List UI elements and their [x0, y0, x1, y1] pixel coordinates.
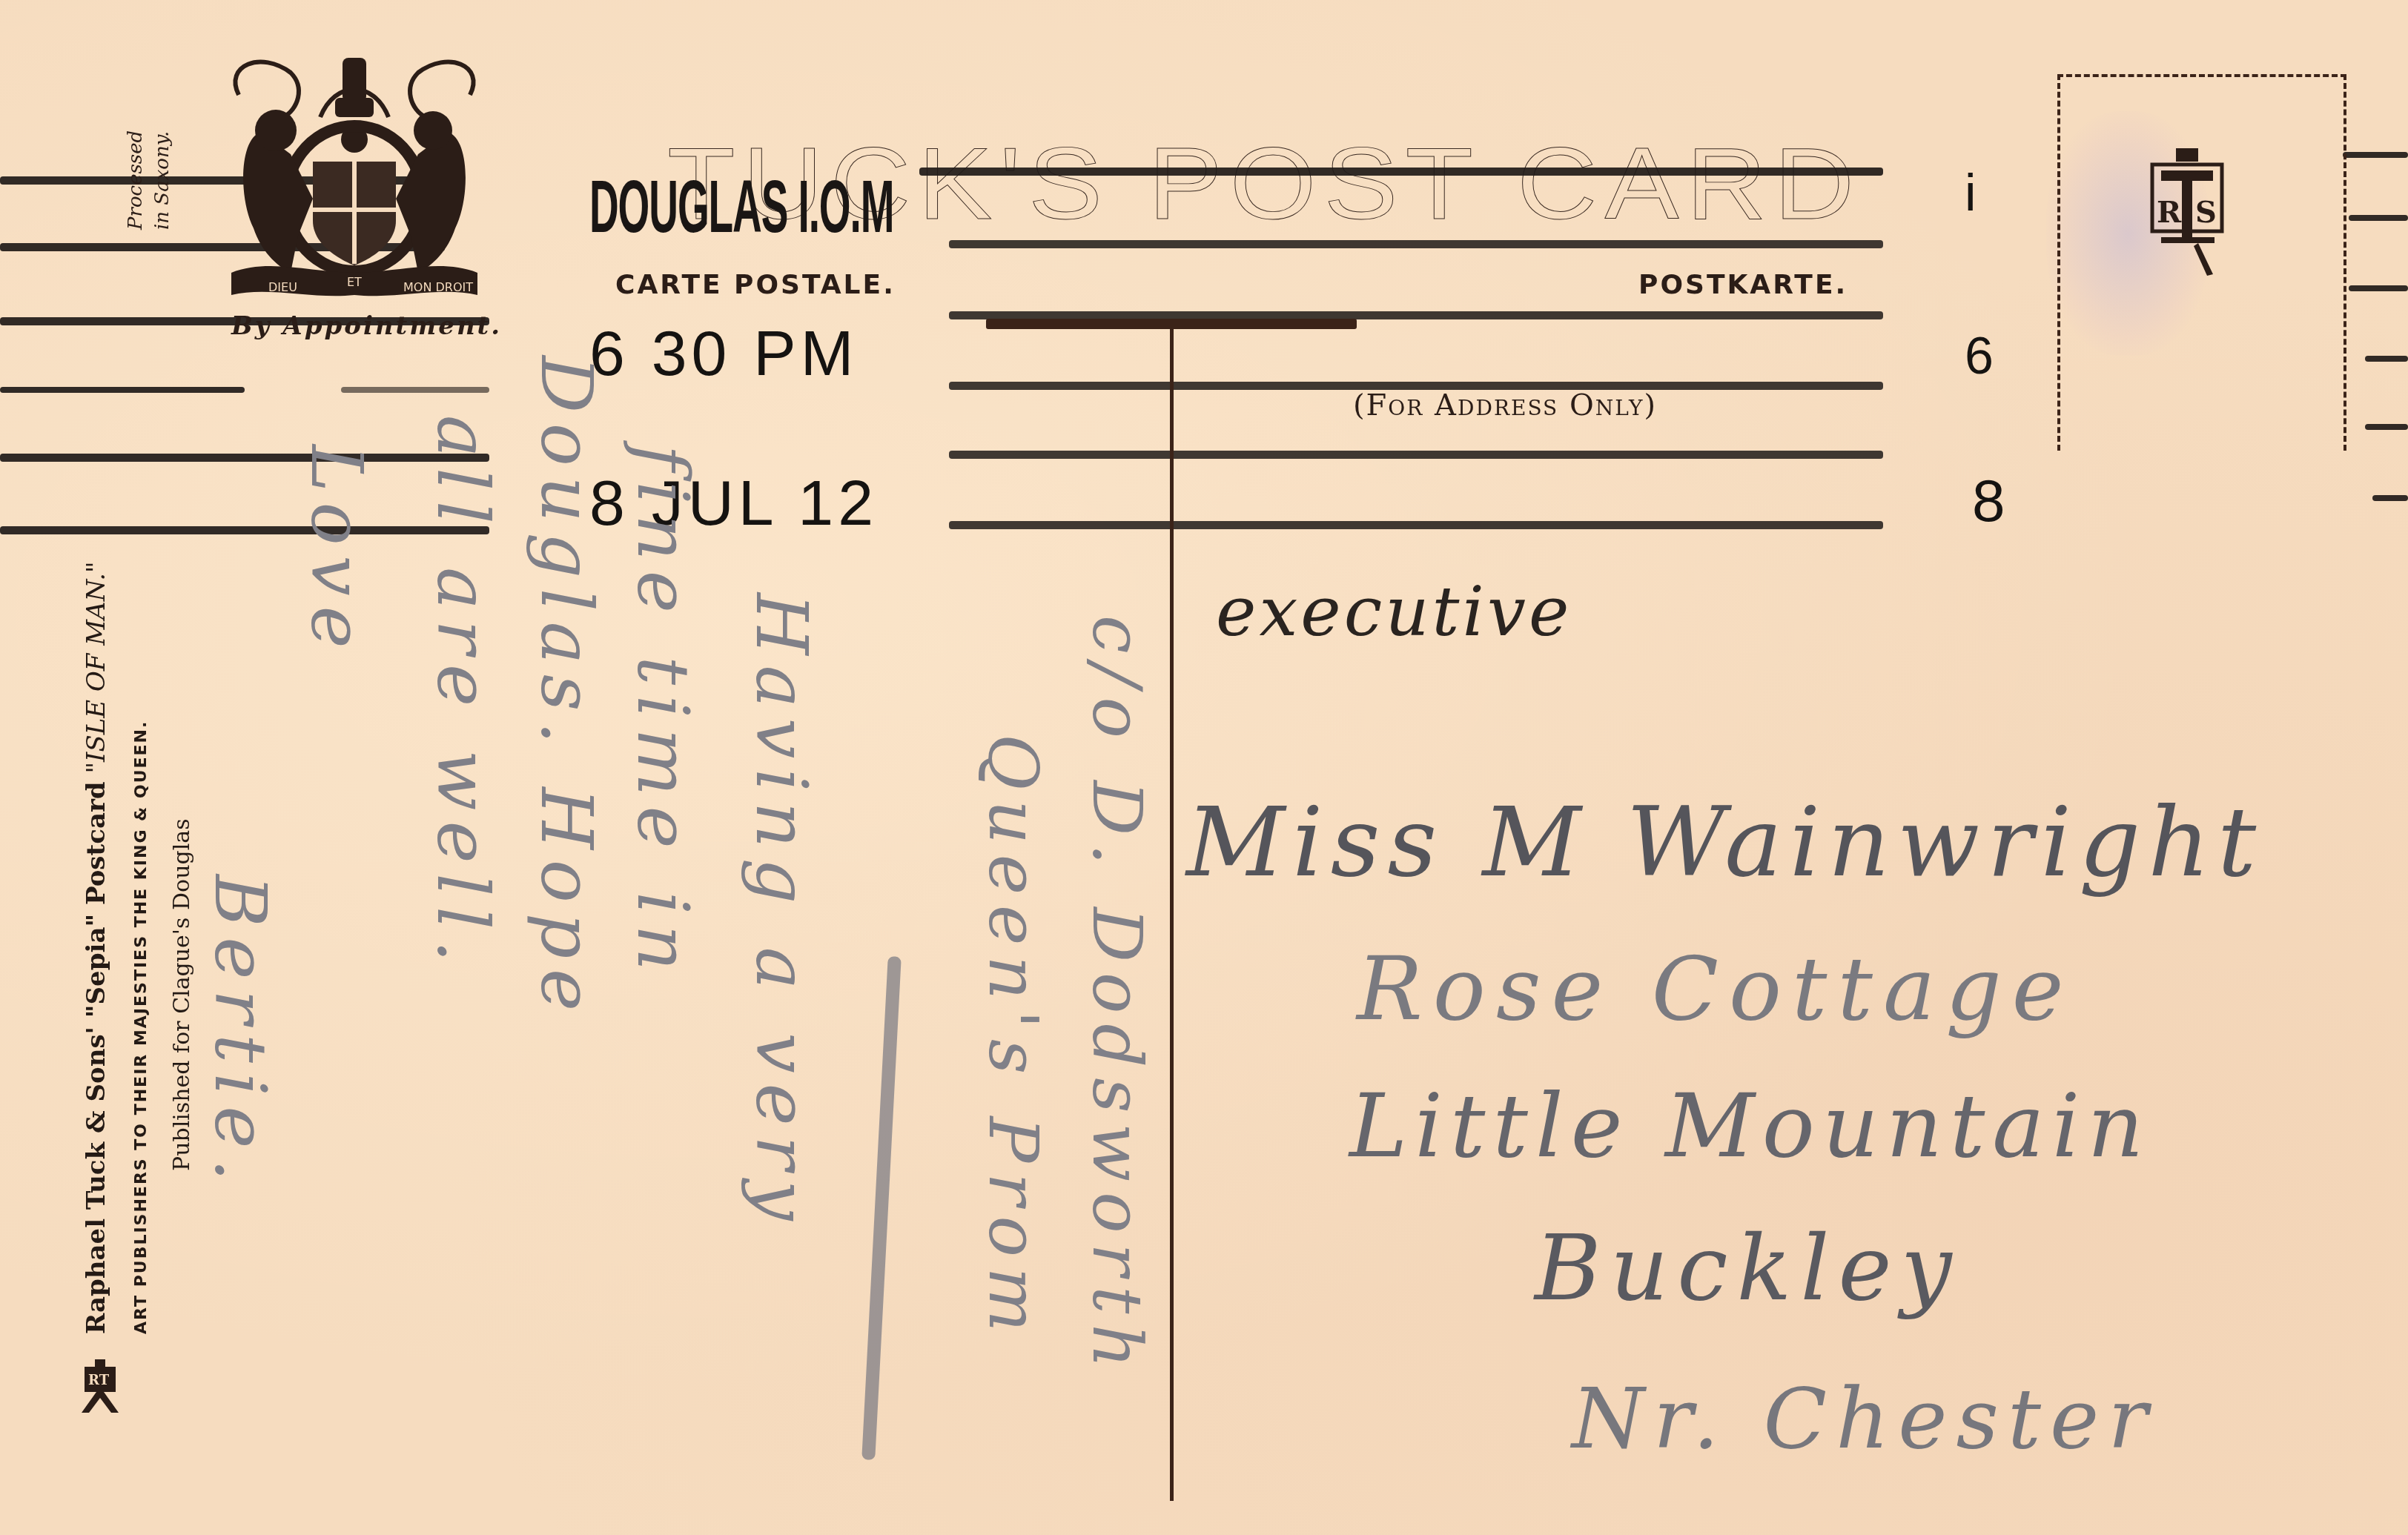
message-line: all are well. — [421, 415, 504, 973]
svg-text:MON DROIT: MON DROIT — [403, 280, 473, 294]
publisher-line-3: Published for Clague's Douglas — [169, 818, 195, 1171]
message-line: Having a very — [740, 593, 823, 1231]
message-address-divider — [1170, 326, 1174, 1501]
cancel-bar — [0, 454, 489, 462]
cancel-bar — [0, 387, 245, 393]
processed-in-saxony: Processed in Saxony. — [119, 74, 185, 222]
svg-text:S: S — [2195, 195, 2217, 230]
address-county: Nr. Chester — [1572, 1371, 2157, 1468]
tuck-easel-logo-icon: RT — [74, 1356, 126, 1416]
svg-text:DIEU: DIEU — [268, 280, 297, 294]
address-line-executive: executive — [1216, 572, 1572, 652]
royal-warrant-label: By Appointment. — [231, 311, 502, 341]
royal-coat-of-arms-icon: DIEU ET MON DROIT — [209, 50, 500, 302]
cancel-bar — [341, 387, 489, 393]
postmark-fragment-mid: 6 — [1965, 326, 1994, 385]
message-line: Queen's Prom — [973, 734, 1053, 1342]
series-name: "Sepia" Postcard — [82, 781, 111, 1027]
series-title: "ISLE OF MAN." — [82, 561, 111, 781]
postcard-back: Processed in Saxony. DIEU ET MON DROIT B… — [0, 0, 2408, 1535]
postmark-fragment-top: i — [1965, 163, 1977, 222]
postmark-fragment-bottom: 8 — [1972, 467, 2005, 535]
pencil-stroke — [861, 956, 902, 1460]
message-signature: Bertie. — [199, 875, 282, 1192]
publisher-line-1: Raphael Tuck & Sons' "Sepia" Postcard "I… — [82, 561, 111, 1334]
message-line: Douglas. Hope — [525, 356, 608, 1021]
message-line: Love — [295, 445, 378, 659]
carte-postale-label: CARTE POSTALE. — [615, 270, 896, 300]
cancel-bar — [0, 526, 489, 534]
message-line: c/o D. Dodsworth — [1077, 615, 1157, 1379]
rts-easel-logo-icon: R S — [2146, 148, 2228, 282]
svg-text:R: R — [2157, 195, 2182, 230]
message-line: fine time in — [621, 445, 704, 981]
cancel-bar — [949, 240, 1883, 248]
cancel-bar — [2372, 495, 2408, 501]
address-locality: Little Mountain — [1349, 1075, 2151, 1177]
cancel-bar — [2349, 285, 2408, 291]
cancel-bar — [2343, 152, 2408, 158]
postkarte-label: POSTKARTE. — [1638, 270, 1848, 300]
postmark-town: DOUGLAS I.O.M — [589, 165, 893, 250]
address-recipient: Miss M Wainwright — [1186, 786, 2263, 898]
address-town: Buckley — [1535, 1216, 1961, 1321]
cancel-bar — [949, 521, 1883, 529]
cancel-bar — [919, 168, 1883, 176]
address-house: Rose Cottage — [1357, 938, 2074, 1040]
svg-text:RT: RT — [88, 1373, 110, 1388]
cancel-bar — [2365, 356, 2408, 362]
publisher-line-2: ART PUBLISHERS TO THEIR MAJESTIES THE KI… — [132, 720, 150, 1334]
cancel-bar — [2349, 215, 2408, 221]
publisher-name: Raphael Tuck & Sons' — [82, 1027, 111, 1334]
cancel-bar — [949, 451, 1883, 459]
cancel-bar — [2365, 424, 2408, 430]
processed-line-2: in Saxony. — [151, 131, 173, 230]
postmark-time: 6 30 PM — [589, 317, 858, 391]
svg-text:ET: ET — [347, 275, 362, 289]
processed-line-1: Processed — [125, 130, 147, 230]
for-address-only-label: (For Address Only) — [1353, 388, 1657, 422]
